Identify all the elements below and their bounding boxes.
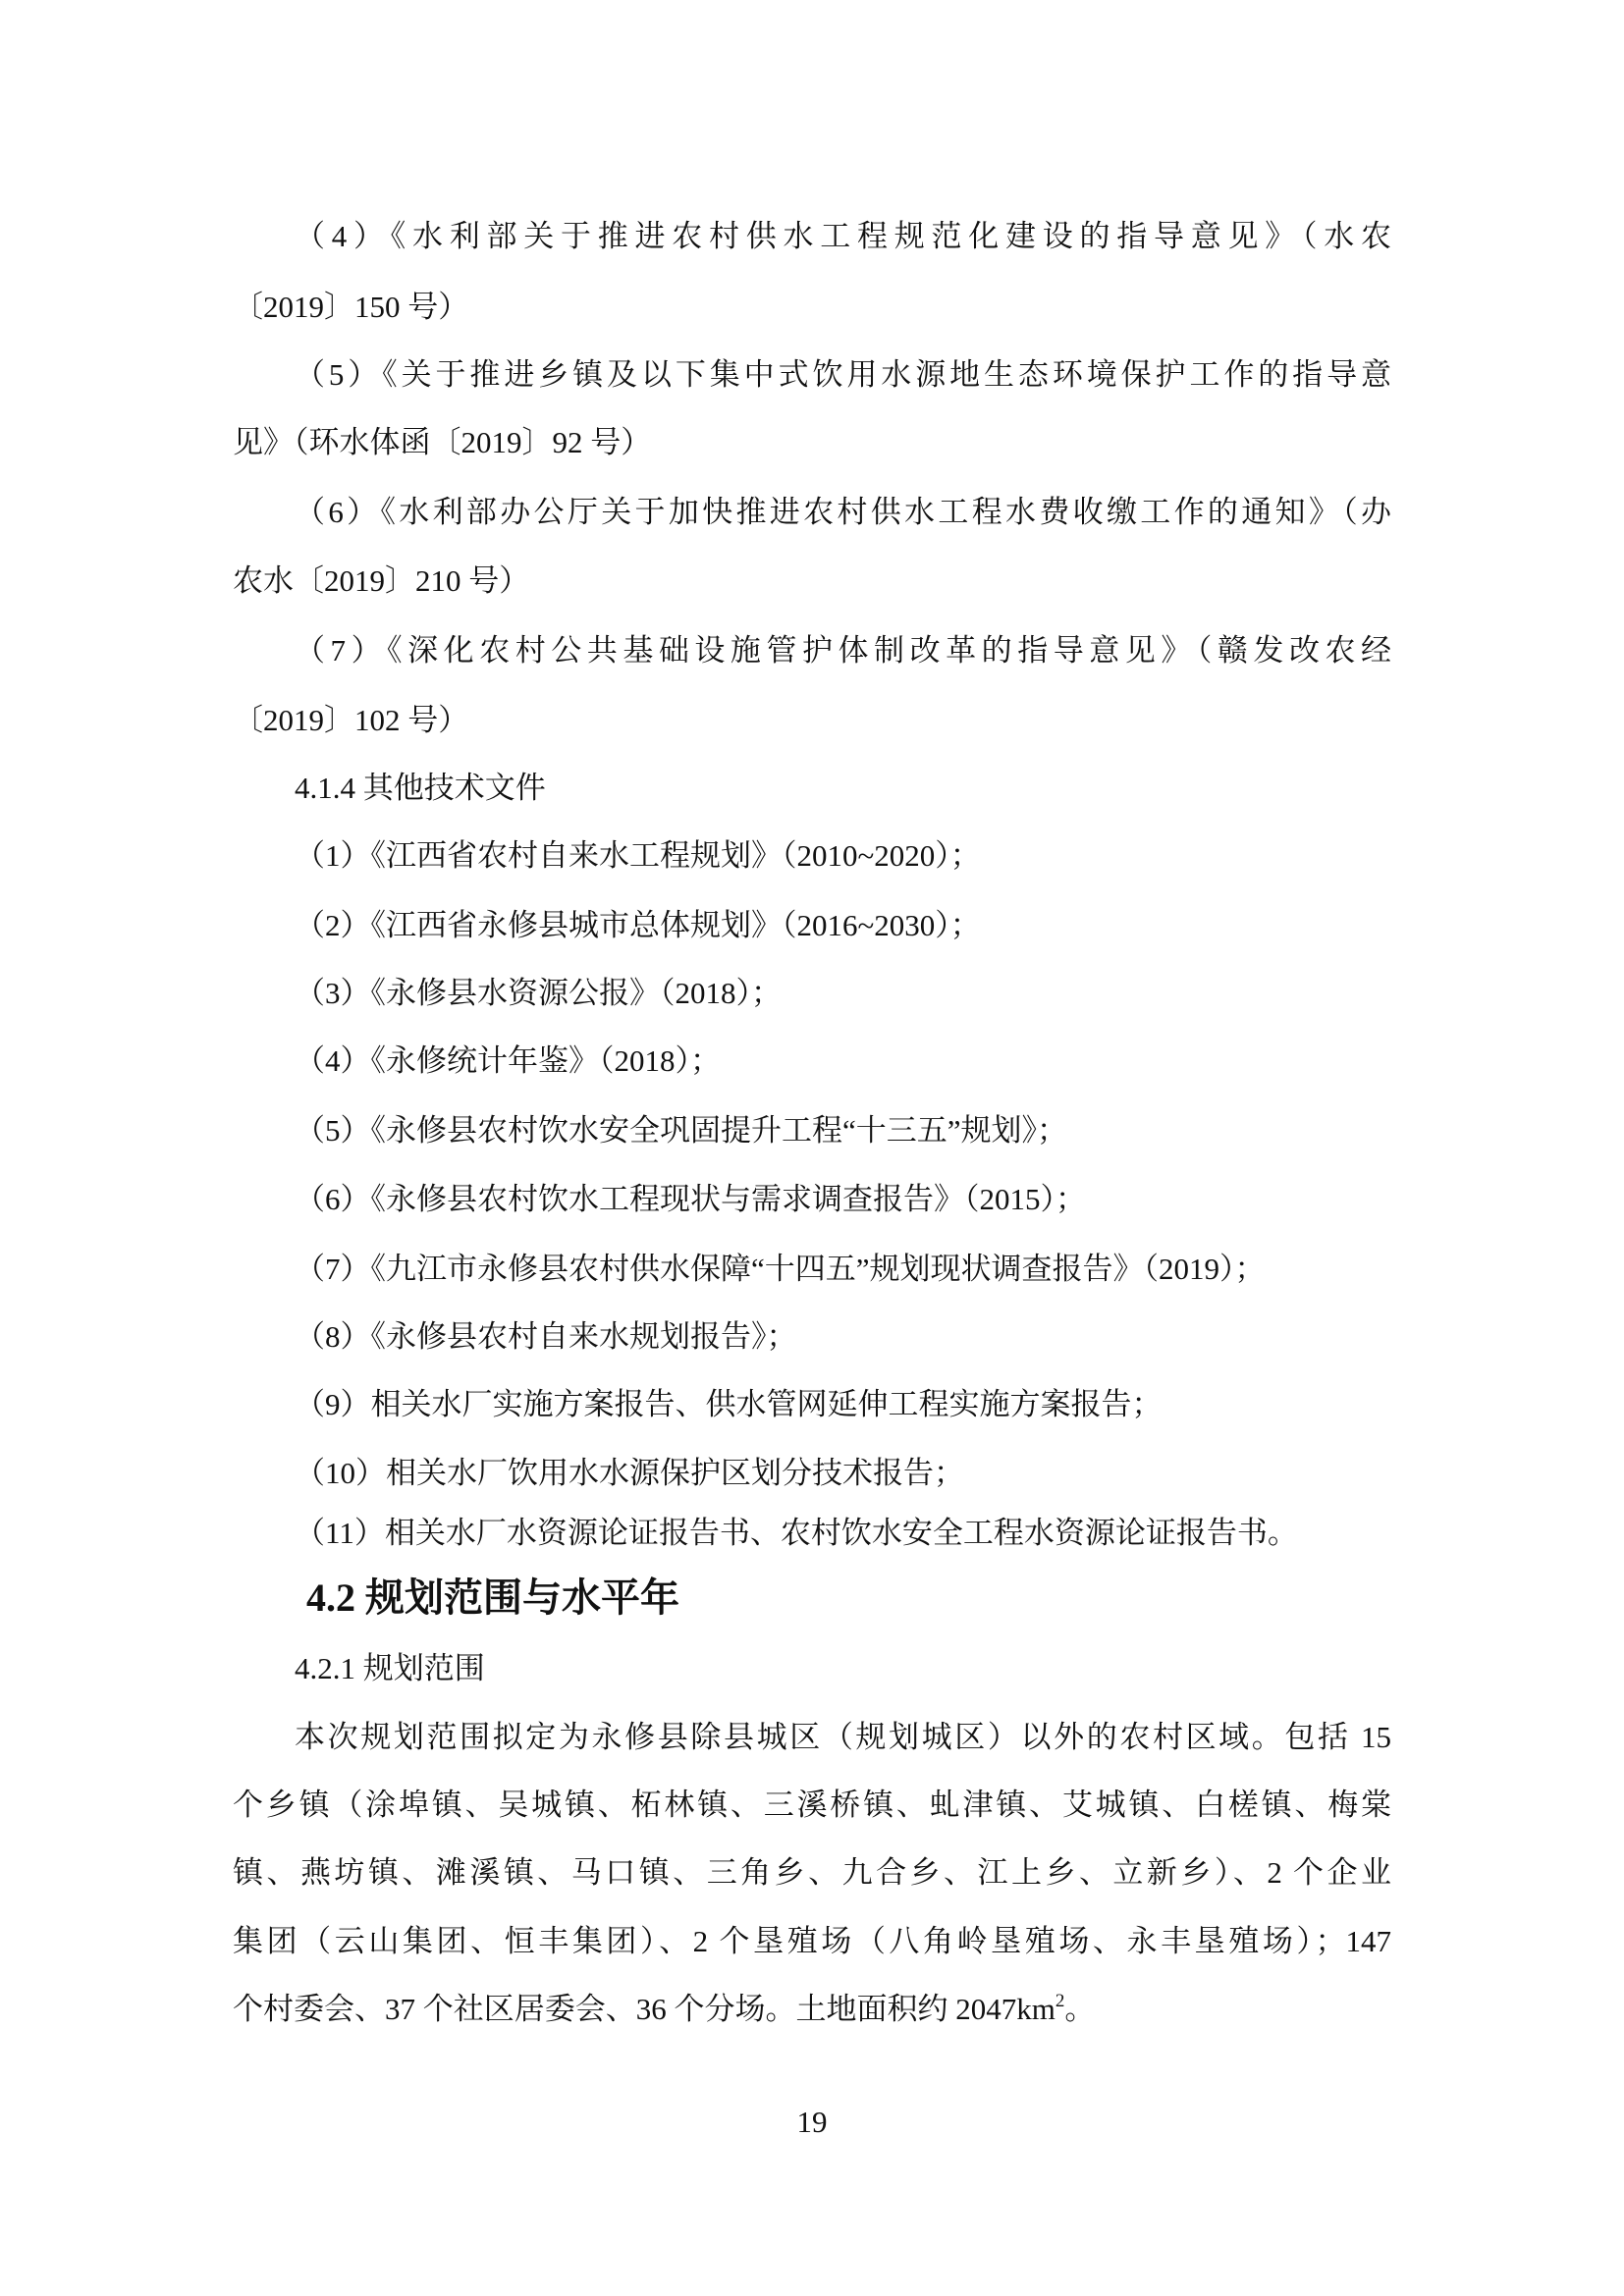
reference-item-6-line1: （6）《水利部办公厅关于加快推进农村供水工程水费收缴工作的通知》（办 — [295, 478, 1391, 547]
superscript-2: 2 — [1056, 1991, 1065, 2011]
paragraph-line-4: 集团（云山集团、恒丰集团）、2 个垦殖场（八角岭垦殖场、永丰垦殖场）；147 — [233, 1907, 1391, 1976]
item-text: 《水利部办公厅关于加快推进农村供水工程水费收缴工作的通知》（办 — [380, 495, 1391, 529]
reference-item-5-line1: （5）《关于推进乡镇及以下集中式饮用水源地生态环境保护工作的指导意 — [295, 341, 1391, 409]
tech-doc-item-5: （5）《永修县农村饮水安全巩固提升工程“十三五”规划》； — [295, 1096, 1391, 1165]
tech-doc-item-4: （4）《永修统计年鉴》（2018）； — [295, 1027, 1391, 1095]
section-4-2-heading: 4.2 规划范围与水平年 — [306, 1564, 679, 1632]
tech-doc-item-10: （10）相关水厂饮用水水源保护区划分技术报告； — [295, 1439, 1391, 1508]
paragraph-line-1: 本次规划范围拟定为永修县除县城区（规划城区）以外的农村区域。包括 15 — [295, 1703, 1391, 1772]
tech-doc-item-8: （8）《永修县农村自来水规划报告》； — [295, 1303, 1391, 1371]
item-text: 《深化农村公共基础设施管护体制改革的指导意见》（赣发改农经 — [387, 633, 1391, 667]
tech-doc-item-3: （3）《永修县水资源公报》（2018）； — [295, 959, 1391, 1028]
section-4-2-1-title: 4.2.1 规划范围 — [295, 1634, 1391, 1703]
tech-doc-item-6: （6）《永修县农村饮水工程现状与需求调查报告》（2015）； — [295, 1165, 1391, 1234]
reference-item-4-line1: （4）《水利部关于推进农村供水工程规范化建设的指导意见》（水农 — [295, 202, 1391, 271]
tech-doc-item-1: （1）《江西省农村自来水工程规划》（2010~2020）； — [295, 822, 1391, 890]
paragraph-line-5: 个村委会、37 个社区居委会、36 个分场。土地面积约 2047km2。 — [233, 1975, 1391, 2044]
item-text: 《关于推进乡镇及以下集中式饮用水源地生态环境保护工作的指导意 — [382, 357, 1391, 392]
paragraph-end-punct: 。 — [1064, 1992, 1095, 2026]
reference-item-4-line2: 〔2019〕150 号） — [233, 273, 1391, 342]
reference-item-7-line1: （7）《深化农村公共基础设施管护体制改革的指导意见》（赣发改农经 — [295, 616, 1391, 685]
reference-item-7-line2: 〔2019〕102 号） — [233, 686, 1391, 755]
page-number: 19 — [0, 2101, 1624, 2144]
paragraph-line-3: 镇、燕坊镇、滩溪镇、马口镇、三角乡、九合乡、江上乡、立新乡）、2 个企业 — [233, 1839, 1391, 1907]
item-number: （4） — [295, 219, 391, 253]
item-text: 《水利部关于推进农村供水工程规范化建设的指导意见》（水农 — [391, 219, 1391, 253]
item-number: （7） — [295, 633, 387, 667]
item-number: （5） — [295, 357, 382, 392]
reference-item-6-line2: 农水〔2019〕210 号） — [233, 547, 1391, 615]
reference-item-5-line2: 见》（环水体函〔2019〕92 号） — [233, 408, 1391, 477]
tech-doc-item-7: （7）《九江市永修县农村供水保障“十四五”规划现状调查报告》（2019）； — [295, 1235, 1391, 1304]
item-number: （6） — [295, 495, 380, 529]
tech-doc-item-11: （11）相关水厂水资源论证报告书、农村饮水安全工程水资源论证报告书。 — [295, 1499, 1391, 1568]
paragraph-line-2: 个乡镇（涂埠镇、吴城镇、柘林镇、三溪桥镇、虬津镇、艾城镇、白槎镇、梅棠 — [233, 1771, 1391, 1840]
section-4-1-4-title: 4.1.4 其他技术文件 — [295, 754, 1391, 823]
tech-doc-item-2: （2）《江西省永修县城市总体规划》（2016~2030）； — [295, 891, 1391, 960]
tech-doc-item-9: （9）相关水厂实施方案报告、供水管网延伸工程实施方案报告； — [295, 1370, 1391, 1439]
paragraph-last-text: 个村委会、37 个社区居委会、36 个分场。土地面积约 2047km — [233, 1992, 1056, 2026]
